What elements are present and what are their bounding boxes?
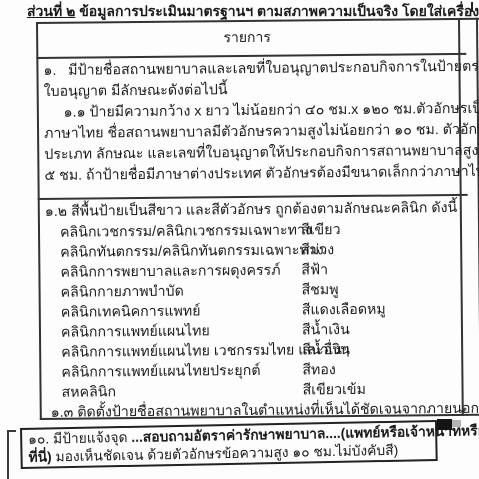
clinic-color-label: สีชมพู [301, 280, 338, 300]
clinic-name: คลินิกทันตกรรม/คลินิกทันตกรรมเฉพาะทาง [60, 242, 324, 261]
clinic-name: คลินิกกายภาพบำบัด [61, 284, 184, 301]
clinic-color-label: สีฟ้า [301, 260, 328, 280]
table-header-cell: รายการ [36, 18, 458, 57]
clinic-color-label: สีเขียวเข้ม [302, 380, 366, 401]
table-row-item1: ๑. มีป้ายชื่อสถานพยาบาลและเลขที่ใบอนุญาต… [43, 57, 458, 187]
clinic-color-label: สีแดงเลือดหมู [302, 300, 386, 321]
note-text-bold: ที่นี่) [28, 449, 51, 464]
clinic-name: คลินิกเวชกรรม/คลินิกเวชกรรมเฉพาะทาง [60, 222, 312, 240]
clinic-color-label: สีเขียว [301, 220, 341, 240]
table-row-item12: ๑.๒ สีพื้นป้ายเป็นสีขาว และสีตัวอักษร ถู… [45, 198, 461, 423]
next-table-corner-mark [7, 430, 9, 479]
clinic-color-label: สีน้ำเงิน [302, 340, 350, 360]
scan-artifact-black-square [437, 419, 452, 430]
item13-line: ๑.๓ ติดตั้งป้ายชื่อสถานพยาบาลในตำแหน่งที… [47, 399, 461, 423]
next-table-corner-mark [7, 430, 16, 432]
clinic-name: คลินิกการแพทย์แผนไทย [61, 323, 210, 340]
note-text-normal: ๑๐. มีป้ายแจ้งจุด [28, 430, 131, 447]
table-left-border [36, 22, 42, 420]
clinic-row: สหคลินิก สีเขียวเข้ม [46, 379, 460, 403]
clinic-name: คลินิกการแพทย์แผนไทยประยุกต์ [61, 363, 260, 381]
scanned-document-page: { "title": { "section": "ส่วนที่ ๒", "te… [0, 0, 479, 479]
note-box: ๑๐. มีป้ายแจ้งจุด ...สอบถามอัตราค่ารักษา… [20, 420, 438, 469]
title-text: ข้อมูลการประเมินมาตรฐานฯ ตามสภาพความเป็น… [75, 3, 479, 19]
assessment-table: รายการ ๑. มีป้ายชื่อสถานพยาบาลและเลขที่ใ… [36, 18, 479, 420]
clipped-edge-mark [471, 2, 473, 12]
scan-artifact-smudge [452, 420, 461, 427]
clinic-name: สหคลินิก [61, 384, 116, 401]
clinic-name: คลินิกเทคนิคการแพทย์ [61, 303, 201, 320]
clinic-color-label: สีทอง [302, 360, 336, 380]
item1-line: ๑. มีป้ายชื่อสถานพยาบาลและเลขที่ใบอนุญาต… [43, 57, 457, 82]
clinic-color-label: สีม่วง [301, 240, 334, 260]
clinic-name: คลินิกการพยาบาลและการผดุงครรภ์ [60, 263, 280, 281]
item1-line: ๕ ชม. ถ้าป้ายชื่อมีภาษาต่างประเทศ ตัวอัก… [44, 162, 458, 187]
clinic-color-label: สีน้ำเงิน [302, 320, 350, 340]
title-section-label: ส่วนที่ ๒ [27, 3, 75, 19]
